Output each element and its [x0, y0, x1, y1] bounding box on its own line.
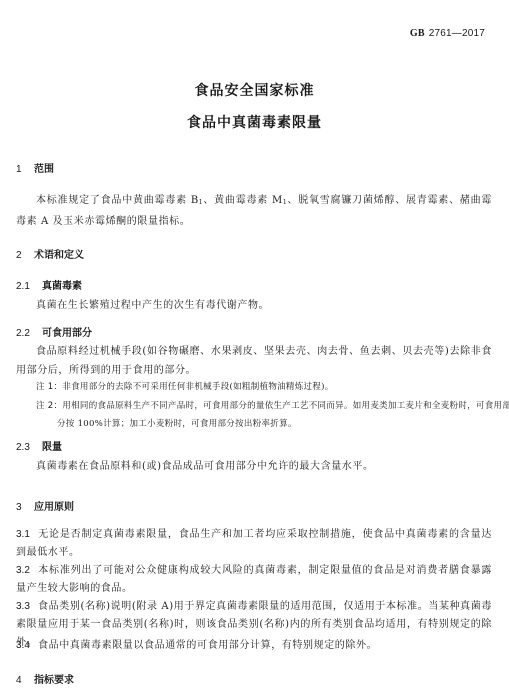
document-subtitle: 食品中真菌毒素限量	[0, 112, 509, 132]
note-label: 注 2：	[36, 401, 62, 411]
section-1-heading: 1范围	[16, 160, 54, 175]
clause-3-1: 3.1无论是否制定真菌毒素限量，食品生产和加工者均应采取控制措施，使食品中真菌毒…	[16, 526, 492, 562]
note-2: 注 2：用相同的食品原料生产不同产品时，可食用部分的量依生产工艺不同而异。如用麦…	[36, 397, 509, 433]
clause-text: 本标准列出了可能对公众健康构成较大风险的真菌毒素，制定限量值的食品是对消费者膳食…	[16, 565, 492, 594]
clause-number: 3.4	[16, 637, 38, 655]
standard-prefix: GB	[410, 28, 425, 39]
section-2-3-heading: 2.3限量	[16, 438, 62, 453]
body-text: 本标准规定了食品中黄曲霉毒素 B	[36, 195, 199, 206]
section-title: 指标要求	[34, 675, 74, 686]
subsection-title: 限量	[42, 442, 62, 453]
document-title: 食品安全国家标准	[0, 80, 509, 100]
section-2-2-heading: 2.2可食用部分	[16, 324, 92, 339]
clause-number: 3.2	[16, 562, 38, 580]
note-text: 非食用部分的去除不可采用任何非机械手段(如粗制植物油精炼过程)。	[62, 382, 333, 392]
section-title: 术语和定义	[34, 250, 84, 261]
note-label: 注 1：	[36, 382, 62, 392]
standard-code: GB2761—2017	[410, 28, 485, 39]
note-1: 注 1：非食用部分的去除不可采用任何非机械手段(如粗制植物油精炼过程)。	[36, 378, 496, 396]
section-2-heading: 2术语和定义	[16, 246, 84, 261]
standard-number: 2761—2017	[429, 28, 485, 39]
note-text: 用相同的食品原料生产不同产品时，可食用部分的量依生产工艺不同而异。如用麦类加工麦…	[57, 401, 509, 429]
clause-3-2: 3.2本标准列出了可能对公众健康构成较大风险的真菌毒素，制定限量值的食品是对消费…	[16, 562, 492, 598]
clause-number: 3.3	[16, 598, 38, 616]
section-2-3-body: 真菌毒素在食品原料和(或)食品成品可食用部分中允许的最大含量水平。	[16, 457, 492, 476]
section-2-2-body: 食品原料经过机械手段(如谷物碾磨、水果剥皮、坚果去壳、肉去骨、鱼去刺、贝去壳等)…	[16, 342, 492, 380]
section-2-1-heading: 2.1真菌毒素	[16, 277, 82, 292]
clause-number: 3.1	[16, 526, 38, 544]
subsection-number: 2.2	[16, 328, 42, 339]
section-title: 范围	[34, 164, 54, 175]
section-number: 3	[16, 502, 34, 513]
subsection-number: 2.1	[16, 281, 42, 292]
clause-3-4: 3.4食品中真菌毒素限量以食品通常的可食用部分计算，有特别规定的除外。	[16, 637, 492, 655]
subsection-number: 2.3	[16, 442, 42, 453]
section-3-heading: 3应用原则	[16, 498, 74, 513]
section-2-1-body: 真菌在生长繁殖过程中产生的次生有毒代谢产物。	[16, 296, 492, 315]
clause-text: 食品中真菌毒素限量以食品通常的可食用部分计算，有特别规定的除外。	[38, 640, 377, 651]
section-title: 应用原则	[34, 502, 74, 513]
body-text: 、黄曲霉毒素 M	[203, 195, 283, 206]
subsection-title: 真菌毒素	[42, 281, 82, 292]
section-number: 2	[16, 250, 34, 261]
section-number: 4	[16, 675, 34, 686]
section-number: 1	[16, 164, 34, 175]
section-1-body: 本标准规定了食品中黄曲霉毒素 B1、黄曲霉毒素 M1、脱氧雪腐镰刀菌烯醇、展青霉…	[16, 191, 492, 231]
subsection-title: 可食用部分	[42, 328, 92, 339]
section-4-heading: 4指标要求	[16, 671, 74, 686]
clause-text: 无论是否制定真菌毒素限量，食品生产和加工者均应采取控制措施，使食品中真菌毒素的含…	[16, 529, 492, 558]
